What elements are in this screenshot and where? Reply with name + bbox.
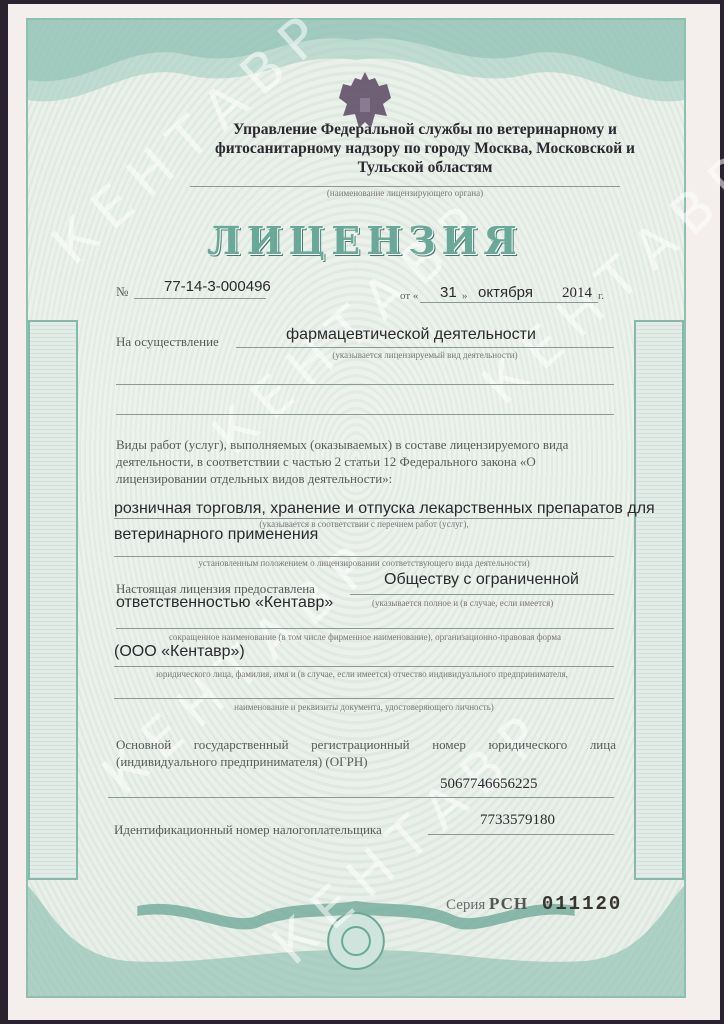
date-suffix: г. bbox=[598, 290, 604, 302]
works-value-line2: ветеринарного применения bbox=[114, 526, 318, 544]
date-month: октября bbox=[478, 284, 533, 301]
date-prefix: от « bbox=[400, 290, 418, 302]
ogrn-underline bbox=[108, 797, 614, 798]
number-underline bbox=[134, 298, 266, 299]
grantee-underline bbox=[116, 628, 614, 629]
works-underline bbox=[114, 556, 614, 557]
authority-hint: (наименование лицензирующего органа) bbox=[190, 188, 620, 198]
activity-label: На осуществление bbox=[116, 334, 219, 350]
inn-label: Идентификационный номер налогоплательщик… bbox=[114, 822, 382, 838]
date-underline bbox=[420, 302, 598, 303]
grantee-value-line1: Обществу с ограниченной bbox=[384, 571, 579, 589]
inn-underline bbox=[428, 834, 614, 835]
works-hint2: установленным положением о лицензировани… bbox=[114, 558, 614, 568]
date-day: 31 bbox=[440, 284, 457, 301]
works-value-line1: розничная торговля, хранение и отпуска л… bbox=[114, 500, 655, 518]
grantee-value-line2: ответственностью «Кентавр» bbox=[116, 594, 333, 612]
grantee-hint1: (указывается полное и (в случае, если им… bbox=[372, 598, 612, 608]
license-number: 77-14-3-000496 bbox=[164, 278, 271, 295]
grantee-short-name: (ООО «Кентавр») bbox=[114, 643, 245, 661]
blank-line bbox=[116, 414, 614, 415]
grantee-underline bbox=[350, 594, 614, 595]
ogrn-label: Основной государственный регистрационный… bbox=[116, 736, 616, 770]
grantee-underline bbox=[114, 698, 614, 699]
date-mid: » bbox=[462, 290, 468, 302]
date-year: 2014 bbox=[562, 285, 592, 302]
grantee-underline bbox=[114, 666, 614, 667]
authority-underline bbox=[190, 186, 620, 187]
activity-underline bbox=[236, 347, 614, 348]
licensing-authority: Управление Федеральной службы по ветерин… bbox=[190, 120, 660, 177]
works-paragraph: Виды работ (услуг), выполняемых (оказыва… bbox=[116, 436, 616, 487]
ogrn-value: 5067746656225 bbox=[440, 776, 538, 793]
activity-hint: (указывается лицензируемый вид деятельно… bbox=[236, 350, 614, 360]
series-code: РСН bbox=[489, 894, 528, 913]
number-label: № bbox=[116, 284, 128, 300]
series-label: Серия bbox=[446, 897, 485, 913]
blank-line bbox=[116, 384, 614, 385]
document-title: ЛИЦЕНЗИЯ bbox=[190, 218, 540, 263]
inn-value: 7733579180 bbox=[480, 812, 555, 829]
grantee-hint2: сокращенное наименование (в том числе фи… bbox=[116, 632, 614, 642]
series-number: 011120 bbox=[542, 893, 622, 915]
activity-value: фармацевтической деятельности bbox=[286, 326, 536, 344]
series-block: Серия РСН 011120 bbox=[446, 893, 622, 915]
grantee-hint4: наименование и реквизиты документа, удос… bbox=[114, 702, 614, 712]
grantee-hint3: юридического лица, фамилия, имя и (в слу… bbox=[110, 669, 614, 679]
